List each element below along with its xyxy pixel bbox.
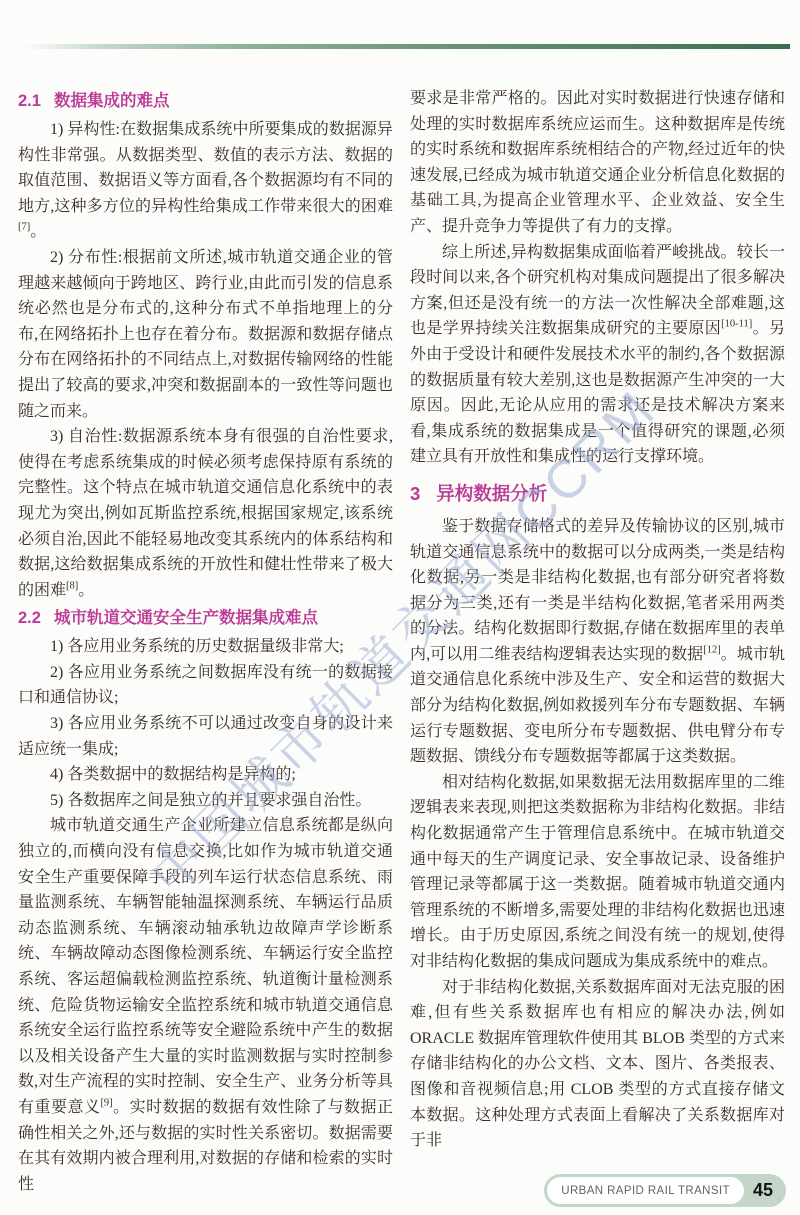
paragraph: 2) 分布性:根据前文所述,城市轨道交通企业的管理越来越倾向于跨地区、跨行业,由…	[18, 245, 393, 424]
citation-ref: [9]	[100, 1098, 112, 1109]
section-heading: 3异构数据分析	[410, 479, 785, 509]
paragraph: 要求是非常严格的。因此对实时数据进行快速存储和处理的实时数据库系统应运而生。这种…	[410, 86, 785, 240]
section-title: 数据集成的难点	[54, 92, 170, 110]
section-heading: 2.2城市轨道交通安全生产数据集成难点	[18, 604, 393, 633]
citation-ref: [12]	[703, 645, 721, 656]
section-number: 2.1	[18, 92, 41, 110]
section-title: 城市轨道交通安全生产数据集成难点	[54, 609, 318, 627]
paragraph: 鉴于数据存储格式的差异及传输协议的区别,城市轨道交通信息系统中的数据可以分成两类…	[410, 514, 785, 770]
paragraph: 2) 各应用业务系统之间数据库没有统一的数据接口和通信协议;	[18, 660, 393, 711]
footer-badge: URBAN RAPID RAIL TRANSIT 45	[544, 1174, 786, 1207]
header-rule	[25, 44, 790, 49]
paragraph: 城市轨道交通生产企业所建立信息系统都是纵向独立的,而横向没有信息交换,比如作为城…	[18, 813, 393, 1197]
section-title: 异构数据分析	[436, 483, 547, 504]
section-number: 3	[410, 483, 420, 504]
paragraph: 4) 各类数据中的数据结构是异构的;	[18, 762, 393, 788]
section-number: 2.2	[18, 609, 41, 627]
citation-ref: [7]	[18, 222, 30, 233]
paragraph: 对于非结构化数据,关系数据库面对无法克服的困难,但有些关系数据库也有相应的解决办…	[410, 975, 785, 1154]
page-number: 45	[744, 1180, 786, 1201]
paragraph: 综上所述,异构数据集成面临着严峻挑战。较长一段时间以来,各个研究机构对集成问题提…	[410, 240, 785, 470]
paragraph: 1) 异构性:在数据集成系统中所要集成的数据源异构性非常强。从数据类型、数值的表…	[18, 117, 393, 245]
paragraph: 3) 自治性:数据源系统本身有很强的自治性要求,使得在考虑系统集成的时候必须考虑…	[18, 424, 393, 603]
document-page: 中国城市轨道交通网CCRM 2.1数据集成的难点1) 异构性:在数据集成系统中所…	[0, 0, 800, 1215]
content-columns: 2.1数据集成的难点1) 异构性:在数据集成系统中所要集成的数据源异构性非常强。…	[18, 86, 785, 1197]
section-heading: 2.1数据集成的难点	[18, 87, 393, 116]
right-column: 要求是非常严格的。因此对实时数据进行快速存储和处理的实时数据库系统应运而生。这种…	[410, 86, 785, 1197]
paragraph: 5) 各数据库之间是独立的并且要求强自治性。	[18, 788, 393, 814]
journal-name: URBAN RAPID RAIL TRANSIT	[547, 1177, 744, 1204]
citation-ref: [8]	[66, 580, 78, 591]
left-column: 2.1数据集成的难点1) 异构性:在数据集成系统中所要集成的数据源异构性非常强。…	[18, 86, 393, 1197]
paragraph: 3) 各应用业务系统不可以通过改变自身的设计来适应统一集成;	[18, 711, 393, 762]
citation-ref: [10-11]	[721, 319, 752, 330]
paragraph: 1) 各应用业务系统的历史数据量级非常大;	[18, 634, 393, 660]
paragraph: 相对结构化数据,如果数据无法用数据库里的二维逻辑表来表现,则把这类数据称为非结构…	[410, 770, 785, 975]
